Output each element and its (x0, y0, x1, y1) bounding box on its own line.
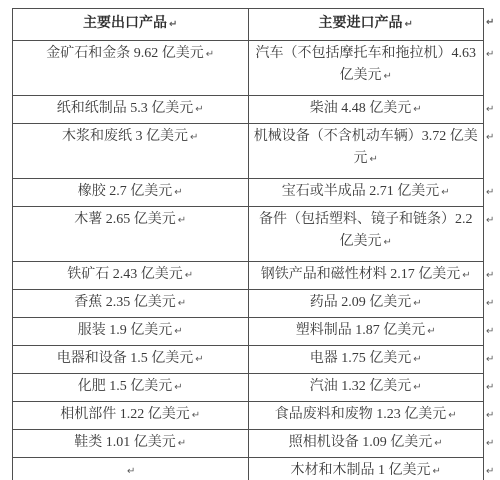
row-end-gutter: ↵ (484, 290, 500, 318)
cell-text: 药品 2.09 亿美元 (310, 295, 412, 310)
table-row: 服装 1.9 亿美元↵ 塑料制品 1.87 亿美元↵ ↵ (13, 318, 500, 346)
row-end-mark-icon: ↵ (486, 49, 494, 60)
header-text-imports: 主要进口产品 (319, 16, 403, 31)
cell-text: 纸和纸制品 5.3 亿美元 (57, 101, 194, 116)
table-row: 电器和设备 1.5 亿美元↵ 电器 1.75 亿美元↵ ↵ (13, 346, 500, 374)
row-end-gutter: ↵ (484, 346, 500, 374)
row-end-gutter: ↵ (484, 41, 500, 96)
table-row: 香蕉 2.35 亿美元↵ 药品 2.09 亿美元↵ ↵ (13, 290, 500, 318)
table-row: 木薯 2.65 亿美元↵ 备件（包括塑料、镜子和链条）2.2 亿美元↵ ↵ (13, 207, 500, 262)
cell-text: 相机部件 1.22 亿美元 (60, 407, 190, 422)
row-end-mark-icon: ↵ (486, 466, 494, 477)
row-end-mark-icon: ↵ (486, 270, 494, 281)
return-mark-icon: ↵ (127, 466, 135, 477)
return-mark-icon: ↵ (178, 298, 186, 309)
row-end-mark-icon: ↵ (486, 298, 494, 309)
row-end-gutter: ↵ (484, 96, 500, 124)
cell-text: 橡胶 2.7 亿美元 (78, 184, 173, 199)
cell-text: 钢铁产品和磁性材料 2.17 亿美元 (261, 267, 461, 282)
table-row: 化肥 1.5 亿美元↵ 汽油 1.32 亿美元↵ ↵ (13, 374, 500, 402)
trade-products-table: 主要出口产品↵ 主要进口产品↵ ↵ 金矿石和金条 9.62 亿美元↵ 汽车（不包… (12, 8, 500, 480)
cell-text: 汽油 1.32 亿美元 (310, 379, 412, 394)
return-mark-icon: ↵ (441, 187, 449, 198)
cell-text: 电器和设备 1.5 亿美元 (57, 351, 194, 366)
return-mark-icon: ↵ (178, 215, 186, 226)
cell-text: 服装 1.9 亿美元 (78, 323, 173, 338)
table-row: 鞋类 1.01 亿美元↵ 照相机设备 1.09 亿美元↵ ↵ (13, 430, 500, 458)
export-cell[interactable]: 金矿石和金条 9.62 亿美元↵ (13, 41, 249, 96)
import-cell[interactable]: 钢铁产品和磁性材料 2.17 亿美元↵ (248, 262, 484, 290)
header-cell-exports[interactable]: 主要出口产品↵ (13, 9, 249, 41)
row-end-gutter: ↵ (484, 430, 500, 458)
return-mark-icon: ↵ (384, 71, 392, 82)
header-text-exports: 主要出口产品 (83, 16, 167, 31)
export-cell[interactable]: 服装 1.9 亿美元↵ (13, 318, 249, 346)
cell-text: 鞋类 1.01 亿美元 (74, 435, 176, 450)
cell-text: 木材和木制品 1 亿美元 (291, 463, 431, 478)
return-mark-icon: ↵ (206, 49, 214, 60)
table-row: 金矿石和金条 9.62 亿美元↵ 汽车（不包括摩托车和拖拉机）4.63 亿美元↵… (13, 41, 500, 96)
table-row: 木浆和废纸 3 亿美元↵ 机械设备（不含机动车辆）3.72 亿美元↵ ↵ (13, 124, 500, 179)
row-end-mark-icon: ↵ (486, 104, 494, 115)
cell-text: 金矿石和金条 9.62 亿美元 (46, 46, 204, 61)
cell-text: 塑料制品 1.87 亿美元 (296, 323, 426, 338)
export-cell[interactable]: 橡胶 2.7 亿美元↵ (13, 179, 249, 207)
return-mark-icon: ↵ (448, 410, 456, 421)
cell-text: 木浆和废纸 3 亿美元 (62, 129, 188, 144)
cell-text: 机械设备（不含机动车辆）3.72 亿美元 (254, 129, 478, 166)
return-mark-icon: ↵ (190, 132, 198, 143)
import-cell[interactable]: 汽油 1.32 亿美元↵ (248, 374, 484, 402)
import-cell[interactable]: 宝石或半成品 2.71 亿美元↵ (248, 179, 484, 207)
return-mark-icon: ↵ (174, 326, 182, 337)
import-cell[interactable]: 照相机设备 1.09 亿美元↵ (248, 430, 484, 458)
return-mark-icon: ↵ (413, 104, 421, 115)
cell-text: 汽车（不包括摩托车和拖拉机）4.63 亿美元 (256, 46, 477, 83)
row-end-gutter: ↵ (484, 374, 500, 402)
return-mark-icon: ↵ (413, 298, 421, 309)
header-cell-imports[interactable]: 主要进口产品↵ (248, 9, 484, 41)
export-cell[interactable]: 相机部件 1.22 亿美元↵ (13, 402, 249, 430)
row-end-gutter: ↵ (484, 9, 500, 41)
return-mark-icon: ↵ (195, 354, 203, 365)
cell-text: 电器 1.75 亿美元 (310, 351, 412, 366)
import-cell[interactable]: 备件（包括塑料、镜子和链条）2.2 亿美元↵ (248, 207, 484, 262)
return-mark-icon: ↵ (434, 438, 442, 449)
cell-text: 化肥 1.5 亿美元 (78, 379, 173, 394)
return-mark-icon: ↵ (405, 19, 413, 30)
document-page: 主要出口产品↵ 主要进口产品↵ ↵ 金矿石和金条 9.62 亿美元↵ 汽车（不包… (0, 0, 500, 480)
row-end-mark-icon: ↵ (486, 132, 494, 143)
cell-text: 食品废料和废物 1.23 亿美元 (275, 407, 447, 422)
row-end-gutter: ↵ (484, 124, 500, 179)
export-cell[interactable]: 化肥 1.5 亿美元↵ (13, 374, 249, 402)
row-end-gutter: ↵ (484, 318, 500, 346)
export-cell[interactable]: 电器和设备 1.5 亿美元↵ (13, 346, 249, 374)
export-cell[interactable]: 木浆和废纸 3 亿美元↵ (13, 124, 249, 179)
row-end-gutter: ↵ (484, 179, 500, 207)
return-mark-icon: ↵ (195, 104, 203, 115)
cell-text: 木薯 2.65 亿美元 (74, 212, 176, 227)
table-row: 铁矿石 2.43 亿美元↵ 钢铁产品和磁性材料 2.17 亿美元↵ ↵ (13, 262, 500, 290)
row-end-mark-icon: ↵ (486, 410, 494, 421)
return-mark-icon: ↵ (370, 154, 378, 165)
return-mark-icon: ↵ (433, 466, 441, 477)
cell-text: 备件（包括塑料、镜子和链条）2.2 亿美元 (259, 212, 473, 249)
import-cell[interactable]: 木材和木制品 1 亿美元↵ (248, 458, 484, 480)
row-end-mark-icon: ↵ (486, 17, 494, 28)
import-cell[interactable]: 电器 1.75 亿美元↵ (248, 346, 484, 374)
table-row: 橡胶 2.7 亿美元↵ 宝石或半成品 2.71 亿美元↵ ↵ (13, 179, 500, 207)
export-cell[interactable]: ↵ (13, 458, 249, 480)
return-mark-icon: ↵ (185, 270, 193, 281)
import-cell[interactable]: 柴油 4.48 亿美元↵ (248, 96, 484, 124)
cell-text: 宝石或半成品 2.71 亿美元 (282, 184, 440, 199)
row-end-mark-icon: ↵ (486, 354, 494, 365)
return-mark-icon: ↵ (413, 382, 421, 393)
return-mark-icon: ↵ (384, 237, 392, 248)
table-row: 相机部件 1.22 亿美元↵ 食品废料和废物 1.23 亿美元↵ ↵ (13, 402, 500, 430)
export-cell[interactable]: 木薯 2.65 亿美元↵ (13, 207, 249, 262)
import-cell[interactable]: 塑料制品 1.87 亿美元↵ (248, 318, 484, 346)
return-mark-icon: ↵ (192, 410, 200, 421)
row-end-gutter: ↵ (484, 207, 500, 262)
return-mark-icon: ↵ (169, 19, 177, 30)
table-row: 纸和纸制品 5.3 亿美元↵ 柴油 4.48 亿美元↵ ↵ (13, 96, 500, 124)
import-cell[interactable]: 食品废料和废物 1.23 亿美元↵ (248, 402, 484, 430)
row-end-mark-icon: ↵ (486, 215, 494, 226)
cell-text: 香蕉 2.35 亿美元 (74, 295, 176, 310)
row-end-mark-icon: ↵ (486, 382, 494, 393)
row-end-mark-icon: ↵ (486, 438, 494, 449)
export-cell[interactable]: 纸和纸制品 5.3 亿美元↵ (13, 96, 249, 124)
export-cell[interactable]: 鞋类 1.01 亿美元↵ (13, 430, 249, 458)
import-cell[interactable]: 药品 2.09 亿美元↵ (248, 290, 484, 318)
import-cell[interactable]: 汽车（不包括摩托车和拖拉机）4.63 亿美元↵ (248, 41, 484, 96)
return-mark-icon: ↵ (462, 270, 470, 281)
return-mark-icon: ↵ (427, 326, 435, 337)
row-end-mark-icon: ↵ (486, 326, 494, 337)
return-mark-icon: ↵ (174, 187, 182, 198)
cell-text: 柴油 4.48 亿美元 (310, 101, 412, 116)
cell-text: 照相机设备 1.09 亿美元 (289, 435, 433, 450)
cell-text: 铁矿石 2.43 亿美元 (67, 267, 183, 282)
return-mark-icon: ↵ (413, 354, 421, 365)
return-mark-icon: ↵ (174, 382, 182, 393)
row-end-mark-icon: ↵ (486, 187, 494, 198)
export-cell[interactable]: 铁矿石 2.43 亿美元↵ (13, 262, 249, 290)
row-end-gutter: ↵ (484, 262, 500, 290)
row-end-gutter: ↵ (484, 458, 500, 480)
table-row: ↵ 木材和木制品 1 亿美元↵ ↵ (13, 458, 500, 480)
return-mark-icon: ↵ (178, 438, 186, 449)
export-cell[interactable]: 香蕉 2.35 亿美元↵ (13, 290, 249, 318)
import-cell[interactable]: 机械设备（不含机动车辆）3.72 亿美元↵ (248, 124, 484, 179)
header-row: 主要出口产品↵ 主要进口产品↵ ↵ (13, 9, 500, 41)
row-end-gutter: ↵ (484, 402, 500, 430)
